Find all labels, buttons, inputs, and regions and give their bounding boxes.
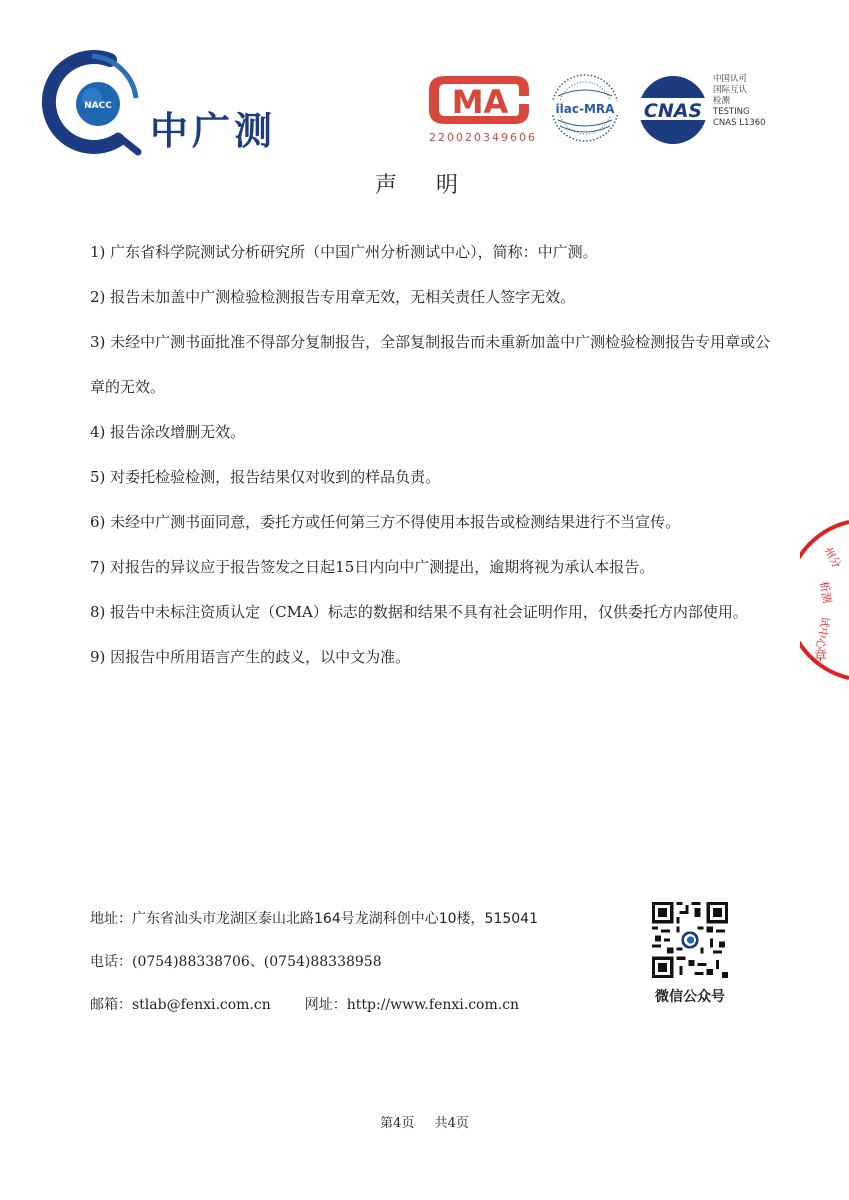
- org-logo: NACC 中广测: [40, 48, 300, 158]
- cma-number: 220020349606: [429, 131, 537, 144]
- magnifier-logo-icon: NACC: [40, 48, 150, 158]
- org-name: 中广测: [150, 100, 276, 155]
- clause-9: 9) 因报告中所用语言产生的歧义，以中文为准。: [90, 635, 780, 680]
- official-seal-icon: 州分 析测 试中心 章: [800, 520, 849, 680]
- svg-text:州分: 州分: [821, 545, 844, 571]
- phone-value: (0754)88338706、(0754)88338958: [132, 954, 382, 970]
- cnas-caption: 中国认可 国际互认 检测 TESTING CNAS L1360: [713, 74, 766, 129]
- page-footer: 第4页 共4页: [0, 1112, 849, 1131]
- address-value: 广东省汕头市龙湖区泰山北路164号龙湖科创中心10楼，515041: [132, 911, 538, 927]
- svg-text:析测: 析测: [817, 580, 835, 604]
- clause-3: 3) 未经中广测书面批准不得部分复制报告，全部复制报告而未重新加盖中广测检验检测…: [90, 320, 780, 410]
- page-title: 声 明: [0, 168, 849, 199]
- clause-2: 2) 报告未加盖中广测检验检测报告专用章无效，无相关责任人签字无效。: [90, 275, 780, 320]
- clause-1: 1) 广东省科学院测试分析研究所（中国广州分析测试中心），简称：中广测。: [90, 230, 780, 275]
- cnas-logo-icon: CNAS: [637, 74, 709, 146]
- wechat-qr-code-icon: [652, 902, 728, 978]
- svg-text:试中心: 试中心: [813, 615, 833, 651]
- phone-line: 电话：(0754)88338706、(0754)88338958: [90, 941, 610, 984]
- address-line: 地址：广东省汕头市龙湖区泰山北路164号龙湖科创中心10楼，515041: [90, 898, 610, 941]
- ilac-mra-logo-icon: ilac-MRA: [548, 72, 622, 144]
- declaration-clauses: 1) 广东省科学院测试分析研究所（中国广州分析测试中心），简称：中广测。 2) …: [90, 230, 780, 680]
- contact-info: 地址：广东省汕头市龙湖区泰山北路164号龙湖科创中心10楼，515041 电话：…: [90, 898, 610, 1027]
- page-total: 共4页: [435, 1116, 469, 1131]
- svg-text:NACC: NACC: [84, 101, 112, 111]
- svg-text:CNAS: CNAS: [644, 100, 702, 122]
- clause-5: 5) 对委托检验检测，报告结果仅对收到的样品负责。: [90, 455, 780, 500]
- email-link[interactable]: stlab@fenxi.com.cn: [132, 997, 271, 1013]
- svg-text:ilac-MRA: ilac-MRA: [556, 102, 616, 116]
- certification-logos: MA 220020349606 ilac-MRA CNAS 中国认可 国际互认 …: [425, 70, 785, 150]
- clause-7: 7) 对报告的异议应于报告签发之日起15日内向中广测提出，逾期将视为承认本报告。: [90, 545, 780, 590]
- clause-4: 4) 报告涂改增删无效。: [90, 410, 780, 455]
- clause-6: 6) 未经中广测书面同意，委托方或任何第三方不得使用本报告或检测结果进行不当宣传…: [90, 500, 780, 545]
- qr-caption: 微信公众号: [640, 986, 740, 1006]
- clause-8: 8) 报告中未标注资质认定（CMA）标志的数据和结果不具有社会证明作用，仅供委托…: [90, 590, 780, 635]
- page-current: 第4页: [380, 1116, 414, 1131]
- cma-mark-icon: MA: [425, 70, 535, 130]
- svg-text:章: 章: [814, 648, 827, 664]
- email-website-line: 邮箱：stlab@fenxi.com.cn网址：http://www.fenxi…: [90, 984, 610, 1027]
- cma-logo: MA 220020349606: [425, 70, 535, 148]
- svg-text:MA: MA: [452, 83, 509, 121]
- website-link[interactable]: http://www.fenxi.com.cn: [347, 997, 519, 1013]
